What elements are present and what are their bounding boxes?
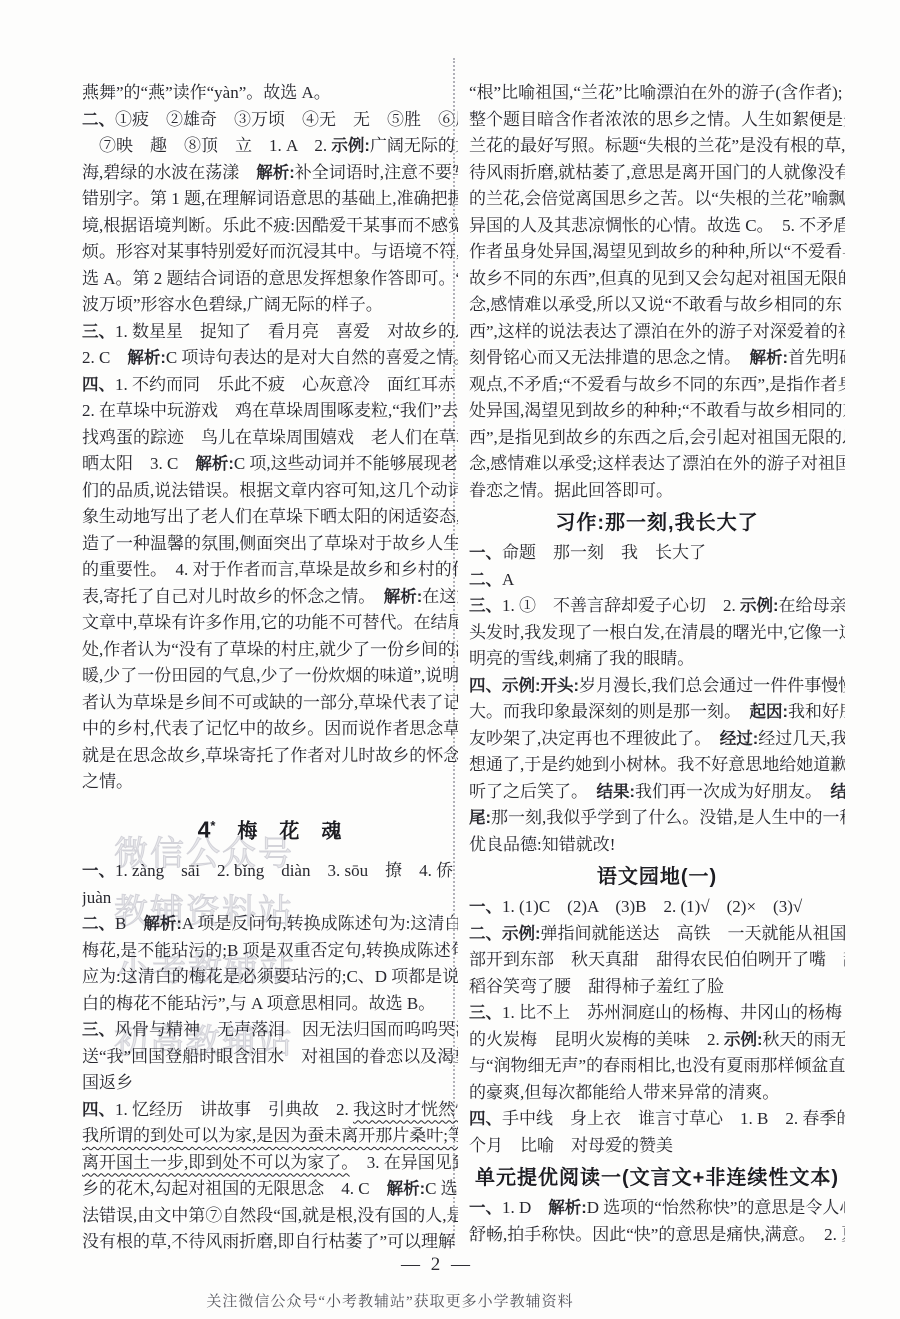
left-column: 燕舞”的“燕”读作“yàn”。故选 A。二、①疲 ②雄奇 ③万顷 ④无 无 ⑤胜…	[82, 80, 458, 1256]
text-line: 头发时,我发现了一根白发,在清晨的曙光中,它像一道	[469, 620, 845, 647]
bold-label: 二、	[82, 915, 115, 933]
text-line: 友吵架了,决定再也不理彼此了。 经过:经过几天,我	[469, 726, 845, 753]
text-line: 找鸡蛋的踪迹 鸟儿在草垛周围嬉戏 老人们在草垛旁	[82, 425, 458, 452]
plain-text: 风骨与精神 无声落泪 因无法归国而呜呜哭泣	[115, 1020, 458, 1039]
bold-label: 解析:	[750, 349, 789, 367]
plain-text: 秋天的雨无法	[763, 1030, 846, 1049]
text-line: 刻骨铭心而又无法排遣的思念之情。 解析:首先明确	[469, 345, 845, 372]
text-line: 二、B 解析:A 项是反问句,转换成陈述句为:这清白的	[82, 911, 458, 938]
text-line: 国返乡	[82, 1070, 458, 1097]
bold-label: 示例:	[331, 137, 370, 155]
text-line: 一、1. (1)C (2)A (3)B 2. (1)√ (2)× (3)√	[469, 894, 845, 921]
section-heading: 单元提优阅读一(文言文+非连续性文本)	[469, 1165, 845, 1191]
plain-text: 首先明确	[788, 348, 845, 367]
section-heading: 4* 梅 花 魂	[82, 813, 458, 845]
plain-text: B	[115, 914, 143, 933]
text-line: 四、1. 忆经历 讲故事 引典故 2. 我这时才恍然悟出,	[82, 1097, 458, 1124]
text-line: 造了一种温馨的氛围,侧面突出了草垛对于故乡人生活	[82, 531, 458, 558]
text-line: 的兰花,会倍觉离国思乡之苦。以“失根的兰花”喻飘零	[469, 186, 845, 213]
text-line: 与“润物细无声”的春雨相比,也没有夏雨那样倾盆直下	[469, 1053, 845, 1080]
plain-text: 1. 不约而同 乐此不疲 心灰意冷 面红耳赤	[115, 375, 455, 394]
section-heading: 习作:那一刻,我长大了	[469, 510, 845, 536]
plain-text: C 选项说	[425, 1179, 458, 1198]
text-line: 梅花,是不能玷污的;B 项是双重否定句,转换成陈述句	[82, 938, 458, 965]
answer-book-page: 微信公众号教辅资料站小考教辅站初高教辅站 燕舞”的“燕”读作“yàn”。故选 A…	[0, 0, 900, 1319]
plain-text: 1. 比不上 苏州洞庭山的杨梅、井冈山的杨梅 昆明	[502, 1003, 845, 1022]
bold-label: 结	[831, 783, 846, 801]
plain-text: 的火炭梅 昆明火炭梅的美味 2.	[469, 1030, 724, 1049]
bold-label: 三、	[469, 1004, 502, 1022]
text-line: 烦。形容对某事特别爱好而沉浸其中。与语境不符,故	[82, 239, 458, 266]
plain-text: 1. D	[502, 1198, 548, 1217]
bold-label: 三、	[82, 1021, 115, 1039]
text-line: 一、1. D 解析:D 选项的“怡然称快”的意思是令人心情	[469, 1195, 845, 1222]
text-line: 错别字。第 1 题,在理解词语意思的基础上,准确把握语	[82, 186, 458, 213]
plain-text: 晒太阳 3. C	[82, 454, 195, 473]
text-line: 2. 在草垛中玩游戏 鸡在草垛周围啄麦粒,“我们”去寻	[82, 398, 458, 425]
plain-text: A 项是反问句,转换成陈述句为:这清白的	[182, 914, 458, 933]
plain-text: 友吵架了,决定再也不理彼此了。	[469, 729, 720, 748]
text-line: 观点,不矛盾;“不爱看与故乡不同的东西”,是指作者身	[469, 372, 845, 399]
text-line: 三、1. 数星星 捉知了 看月亮 喜爱 对故乡的思念	[82, 319, 458, 346]
bold-label: 解析:	[387, 1180, 426, 1198]
wavy-underlined-text: 我这时才恍然悟出,	[353, 1100, 458, 1119]
bold-label: 一、	[469, 544, 502, 562]
plain-text: 1. (1)C (2)A (3)B 2. (1)√ (2)× (3)√	[502, 897, 802, 916]
bold-label: 二、	[469, 571, 502, 589]
text-line: 表,寄托了自己对儿时故乡的怀念之情。 解析:在这篇	[82, 584, 458, 611]
text-line: 就是在思念故乡,草垛寄托了作者对儿时故乡的怀念	[82, 743, 458, 770]
plain-text: 我们再一次成为好朋友。	[635, 782, 831, 801]
plain-text: 1. 数星星 捉知了 看月亮 喜爱 对故乡的思念	[115, 322, 458, 341]
text-line: 兰花的最好写照。标题“失根的兰花”是没有根的草,不	[469, 133, 845, 160]
text-line: 选 A。第 2 题结合词语的意思发挥想象作答即可。“碧	[82, 266, 458, 293]
text-line: 二、示例:弹指间就能送达 高铁 一天就能从祖国的西	[469, 921, 845, 948]
text-line: 乡的花木,勾起对祖国的无限思念 4. C 解析:C 选项说	[82, 1176, 458, 1203]
bold-label: 解析:	[256, 164, 295, 182]
section-heading: 语文园地(一)	[469, 864, 845, 890]
text-line: 中的乡村,代表了记忆中的故乡。因而说作者思念草垛,	[82, 716, 458, 743]
text-line: 尾:那一刻,我似乎学到了什么。没错,是人生中的一种	[469, 805, 845, 832]
text-line: 海,碧绿的水波在荡漾 解析:补全词语时,注意不要写	[82, 160, 458, 187]
bold-label: 三、	[82, 323, 115, 341]
plain-text: 1. zàng sāi 2. bǐng diàn 3. sōu 撩 4. 侨	[115, 861, 453, 880]
bold-label: 开头:	[541, 677, 580, 695]
plain-text: 弹指间就能送达 高铁 一天就能从祖国的西	[541, 924, 846, 943]
plain-text: 那一刻,我似乎学到了什么。没错,是人生中的一种	[491, 808, 845, 827]
bold-label: 四、	[82, 376, 115, 394]
text-line: 优良品德:知错就改!	[469, 832, 845, 859]
text-line: 西”,这样的说法表达了漂泊在外的游子对深爱着的祖国	[469, 319, 845, 346]
plain-text: 表,寄托了自己对儿时故乡的怀念之情。	[82, 587, 384, 606]
plain-text: 海,碧绿的水波在荡漾	[82, 163, 256, 182]
text-line: ⑦映 趣 ⑧顶 立 1. A 2. 示例:广阔无际的大	[82, 133, 458, 160]
text-line: 部开到东部 秋天真甜 甜得农民伯伯咧开了嘴 甜得	[469, 947, 845, 974]
plain-text: 补全词语时,注意不要写	[295, 163, 458, 182]
plain-text: D 选项的“怡然称快”的意思是令人心情	[587, 1198, 845, 1217]
text-line: 眷恋之情。据此回答即可。	[469, 478, 845, 505]
text-line: 波万顷”形容水色碧绿,广阔无际的样子。	[82, 292, 458, 319]
text-line: 晒太阳 3. C 解析:C 项,这些动词并不能够展现老人	[82, 451, 458, 478]
text-line: 想通了,于是约她到小树林。我不好意思地给她道歉,她	[469, 752, 845, 779]
text-line: juàn	[82, 885, 458, 912]
bold-label: 解析:	[548, 1199, 587, 1217]
plain-text: 3. 在异国见到故	[350, 1153, 458, 1172]
text-line: 法错误,由文中第⑦自然段“国,就是根,没有国的人,是	[82, 1203, 458, 1230]
text-line: 稻谷笑弯了腰 甜得柿子羞红了脸	[469, 974, 845, 1001]
text-line: 故乡不同的东西”,但真的见到又会勾起对祖国无限的思	[469, 266, 845, 293]
text-line: 离开国土一步,即到处不可以为家了。 3. 在异国见到故	[82, 1150, 458, 1177]
plain-text: 刻骨铭心而又无法排遣的思念之情。	[469, 348, 750, 367]
right-column: “根”比喻祖国,“兰花”比喻漂泊在外的游子(含作者);整个题目暗含作者浓浓的思乡…	[469, 80, 845, 1248]
wavy-underlined-text: 我所谓的到处可以为家,是因为蚕未离开那片桑叶;等到	[82, 1126, 458, 1145]
text-line: 们的品质,说法错误。根据文章内容可知,这几个动词形	[82, 478, 458, 505]
text-line: 一、命题 那一刻 我 长大了	[469, 540, 845, 567]
plain-text: 在这篇	[422, 587, 458, 606]
plain-text: 命题 那一刻 我 长大了	[502, 543, 706, 562]
plain-text: 1. ① 不善言辞却爱子心切 2.	[502, 596, 740, 615]
plain-text: ⑦映 趣 ⑧顶 立 1. A 2.	[82, 136, 331, 155]
text-line: 2. C 解析:C 项诗句表达的是对大自然的喜爱之情。	[82, 345, 458, 372]
plain-text: 听了之后笑了。	[469, 782, 597, 801]
text-line: 燕舞”的“燕”读作“yàn”。故选 A。	[82, 80, 458, 107]
bold-label: 二、	[469, 925, 502, 943]
bold-label: 一、	[469, 898, 502, 916]
text-line: 四、手中线 身上衣 谁言寸草心 1. B 2. 春季的三	[469, 1106, 845, 1133]
bold-label: 示例:	[502, 925, 541, 943]
text-line: 境,根据语境判断。乐此不疲:因酷爱干某事而不感觉厌	[82, 213, 458, 240]
text-line: 的豪爽,但每次都能给人带来异常的清爽。	[469, 1080, 845, 1107]
text-line: 者认为草垛是乡间不可或缺的一部分,草垛代表了记忆	[82, 690, 458, 717]
page-number: — 2 —	[0, 1254, 874, 1276]
text-line: 象生动地写出了老人们在草垛下晒太阳的闲适姿态,营	[82, 504, 458, 531]
text-line: 待风雨折磨,就枯萎了,意思是离开国门的人就像没有根	[469, 160, 845, 187]
asterisk-mark: *	[210, 818, 216, 833]
text-line: 应为:这清白的梅花是必须要玷污的;C、D 项都是说“清	[82, 964, 458, 991]
bold-label: 尾:	[469, 809, 491, 827]
plain-text: 广阔无际的大	[370, 136, 458, 155]
plain-text: C 项诗句表达的是对大自然的喜爱之情。	[166, 348, 458, 367]
bold-label: 示例:	[724, 1031, 763, 1049]
text-line: 个月 比喻 对母爱的赞美	[469, 1133, 845, 1160]
bold-label: 二、	[82, 111, 115, 129]
text-line: 三、风骨与精神 无声落泪 因无法归国而呜呜哭泣	[82, 1017, 458, 1044]
text-line: 西”,是指见到故乡的东西之后,会引起对祖国无限的思	[469, 425, 845, 452]
text-line: 听了之后笑了。 结果:我们再一次成为好朋友。 结	[469, 779, 845, 806]
plain-text: 2. C	[82, 348, 127, 367]
text-line: 整个题目暗含作者浓浓的思乡之情。人生如絮便是失根	[469, 107, 845, 134]
plain-text: 大。而我印象最深刻的则是那一刻。	[469, 702, 750, 721]
bold-label: 结果:	[597, 783, 636, 801]
text-line: 之情。	[82, 769, 458, 796]
text-line: 念,感情难以承受;这样表达了漂泊在外的游子对祖国的	[469, 451, 845, 478]
text-line: 二、①疲 ②雄奇 ③万顷 ④无 无 ⑤胜 ⑥风光	[82, 107, 458, 134]
text-line: 二、A	[469, 567, 845, 594]
text-line: 大。而我印象最深刻的则是那一刻。 起因:我和好朋	[469, 699, 845, 726]
plain-text: C 项,这些动词并不能够展现老人	[234, 454, 458, 473]
plain-text: 1. 忆经历 讲故事 引典故 2.	[115, 1100, 353, 1119]
text-line: 白的梅花不能玷污”,与 A 项意思相同。故选 B。	[82, 991, 458, 1018]
lesson-number: 4	[198, 816, 211, 842]
text-line: 我所谓的到处可以为家,是因为蚕未离开那片桑叶;等到	[82, 1123, 458, 1150]
text-line: 三、1. 比不上 苏州洞庭山的杨梅、井冈山的杨梅 昆明	[469, 1000, 845, 1027]
bold-label: 解析:	[143, 915, 182, 933]
text-line: 送“我”回国登船时眼含泪水 对祖国的眷恋以及渴望回	[82, 1044, 458, 1071]
text-line: 的重要性。 4. 对于作者而言,草垛是故乡和乡村的代	[82, 557, 458, 584]
bold-label: 解析:	[127, 349, 166, 367]
plain-text: A	[502, 570, 514, 589]
plain-text: 我和好朋	[788, 702, 845, 721]
bold-label: 经过:	[720, 730, 759, 748]
bold-label: 解析:	[384, 588, 423, 606]
text-line: 处,作者认为“没有了草垛的村庄,就少了一份乡间的温	[82, 637, 458, 664]
text-line: 作者虽身处异国,渴望见到故乡的种种,所以“不爱看与	[469, 239, 845, 266]
footer-note: 关注微信公众号“小考教辅站”获取更多小学教辅资料	[90, 1290, 690, 1311]
text-line: 念,感情难以承受,所以又说“不敢看与故乡相同的东	[469, 292, 845, 319]
text-line: 四、1. 不约而同 乐此不疲 心灰意冷 面红耳赤	[82, 372, 458, 399]
plain-text: 乡的花木,勾起对祖国的无限思念 4. C	[82, 1179, 387, 1198]
text-line: 文章中,草垛有许多作用,它的功能不可替代。在结尾	[82, 610, 458, 637]
text-line: “根”比喻祖国,“兰花”比喻漂泊在外的游子(含作者);	[469, 80, 845, 107]
text-line: 暖,少了一份田园的气息,少了一份炊烟的味道”,说明作	[82, 663, 458, 690]
text-line: 明亮的雪线,刺痛了我的眼睛。	[469, 646, 845, 673]
bold-label: 一、	[469, 1199, 502, 1217]
bold-label: 四、	[469, 1110, 502, 1128]
wavy-underlined-text: 离开国土一步,即到处不可以为家了。	[82, 1153, 350, 1172]
text-line: 处异国,渴望见到故乡的种种;“不敢看与故乡相同的东	[469, 398, 845, 425]
plain-text: ①疲 ②雄奇 ③万顷 ④无 无 ⑤胜 ⑥风光	[115, 110, 458, 129]
bold-label: 三、	[469, 597, 502, 615]
bold-label: 解析:	[195, 455, 234, 473]
bold-label: 示例:	[740, 597, 779, 615]
text-line: 一、1. zàng sāi 2. bǐng diàn 3. sōu 撩 4. 侨	[82, 858, 458, 885]
text-line: 四、示例:开头:岁月漫长,我们总会通过一件件事慢慢长	[469, 673, 845, 700]
bold-label: 四、	[82, 1101, 115, 1119]
text-line: 没有根的草,不待风雨折磨,即自行枯萎了”可以理解	[82, 1229, 458, 1256]
plain-text: 手中线 身上衣 谁言寸草心 1. B 2. 春季的三	[502, 1109, 845, 1128]
text-line: 的火炭梅 昆明火炭梅的美味 2. 示例:秋天的雨无法	[469, 1027, 845, 1054]
plain-text: 经过几天,我	[758, 729, 845, 748]
plain-text: 在给母亲梳	[779, 596, 846, 615]
plain-text: 岁月漫长,我们总会通过一件件事慢慢长	[579, 676, 845, 695]
bold-label: 一、	[82, 862, 115, 880]
bold-label: 四、	[469, 677, 502, 695]
text-line: 异国的人及其悲凉惆怅的心情。故选 C。 5. 不矛盾。	[469, 213, 845, 240]
text-line: 三、1. ① 不善言辞却爱子心切 2. 示例:在给母亲梳	[469, 593, 845, 620]
bold-label: 起因:	[750, 703, 789, 721]
bold-label: 示例:	[502, 677, 541, 695]
text-line: 舒畅,拍手称快。因此“快”的意思是痛快,满意。 2. 夏	[469, 1222, 845, 1249]
